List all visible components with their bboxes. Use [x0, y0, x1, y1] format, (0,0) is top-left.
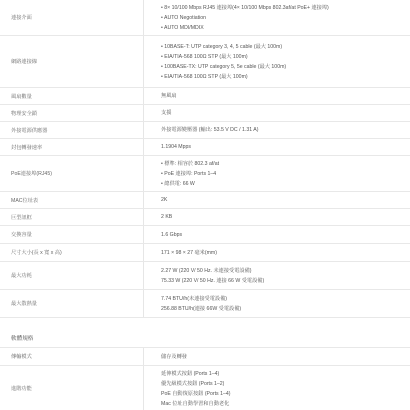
spec-label: 最大功耗 [0, 262, 144, 289]
spec-value: 1.6 Gbps [144, 226, 410, 243]
spec-value: 1.1904 Mpps [144, 139, 410, 155]
spec-value-line: 8× 10/100 Mbps RJ45 連接埠(4× 10/100 Mbps 8… [161, 3, 410, 13]
spec-value-line: AUTO MDI/MDIX [161, 23, 410, 33]
spec-label: 傳輸模式 [0, 348, 144, 365]
spec-value-line: 75.33 W (220 V/ 50 Hz. 連接 66 W 受電設備) [161, 276, 410, 286]
spec-label: MAC位址表 [0, 192, 144, 208]
spec-row: 最大功耗2.27 W (220 V/ 50 Hz. 未連接受電設備)75.33 … [0, 262, 410, 290]
spec-value: 延伸模式按鈕 (Ports 1–4)優先級模式按鈕 (Ports 1–2)PoE… [144, 366, 410, 410]
spec-label: 風扇數量 [0, 88, 144, 104]
spec-value-line: 外接電源變壓器 (輸出: 53.5 V DC / 1.31 A) [161, 125, 410, 135]
section-title-software: 軟體規格 [11, 334, 33, 342]
spec-label: 交換容量 [0, 226, 144, 243]
spec-row: MAC位址表2K [0, 192, 410, 209]
spec-row: 巨型訊框2 KB [0, 209, 410, 226]
spec-value-line: 儲存及轉發 [161, 352, 410, 362]
spec-label: 網路連接線 [0, 36, 144, 87]
spec-value: 8× 10/100 Mbps RJ45 連接埠(4× 10/100 Mbps 8… [144, 0, 410, 35]
spec-row: 網路連接線10BASE-T: UTP category 3, 4, 5 cabl… [0, 36, 410, 88]
spec-value-line: 延伸模式按鈕 (Ports 1–4) [161, 369, 410, 379]
spec-value-line: 2.27 W (220 V/ 50 Hz. 未連接受電設備) [161, 266, 410, 276]
spec-value: 2 KB [144, 209, 410, 225]
spec-value-line: 171 × 98 × 27 毫米(mm) [161, 248, 410, 258]
spec-row: 風扇數量無風扇 [0, 88, 410, 105]
spec-label: 連接介面 [0, 0, 144, 35]
spec-row: 尺寸大小(長 x 寬 x 高)171 × 98 × 27 毫米(mm) [0, 244, 410, 262]
spec-value-line: 優先級模式按鈕 (Ports 1–2) [161, 379, 410, 389]
spec-row: 交換容量1.6 Gbps [0, 226, 410, 244]
spec-row: 最大散熱量7.74 BTU/h(未連接受電設備)256.88 BTU/h(連接 … [0, 290, 410, 318]
spec-value-line: 2K [161, 195, 410, 205]
spec-value-line: 10BASE-T: UTP category 3, 4, 5 cable (最大… [161, 42, 410, 52]
spec-value-line: EIA/TIA-568 100Ω STP (最大 100m) [161, 52, 410, 62]
spec-row: 連接介面8× 10/100 Mbps RJ45 連接埠(4× 10/100 Mb… [0, 0, 410, 36]
spec-value: 儲存及轉發 [144, 348, 410, 365]
spec-value: 7.74 BTU/h(未連接受電設備)256.88 BTU/h(連接 66W 受… [144, 290, 410, 317]
spec-value-line: 1.1904 Mpps [161, 142, 410, 152]
spec-label: 物理安全鎖 [0, 105, 144, 121]
spec-value: 171 × 98 × 27 毫米(mm) [144, 244, 410, 261]
spec-row: 封包轉發速率1.1904 Mpps [0, 139, 410, 156]
software-spec-table: 傳輸模式儲存及轉發進階功能延伸模式按鈕 (Ports 1–4)優先級模式按鈕 (… [0, 348, 410, 410]
spec-value: 支援 [144, 105, 410, 121]
spec-value-line: 標準: 相容於 802.3 af/at [161, 159, 410, 169]
spec-value-line: 1.6 Gbps [161, 230, 410, 240]
spec-value-line: PoE 自動復原按鈕 (Ports 1–4) [161, 389, 410, 399]
spec-row: 進階功能延伸模式按鈕 (Ports 1–4)優先級模式按鈕 (Ports 1–2… [0, 366, 410, 410]
spec-row: 物理安全鎖支援 [0, 105, 410, 122]
spec-row: 傳輸模式儲存及轉發 [0, 348, 410, 366]
spec-label: 外接電源供應器 [0, 122, 144, 138]
spec-label: 進階功能 [0, 366, 144, 410]
spec-label: 封包轉發速率 [0, 139, 144, 155]
spec-value-line: 總供電: 66 W [161, 179, 410, 189]
spec-value-line: PoE 連接埠: Ports 1–4 [161, 169, 410, 179]
spec-row: 外接電源供應器外接電源變壓器 (輸出: 53.5 V DC / 1.31 A) [0, 122, 410, 139]
spec-value: 10BASE-T: UTP category 3, 4, 5 cable (最大… [144, 36, 410, 87]
spec-label: 最大散熱量 [0, 290, 144, 317]
spec-row: PoE連接埠(RJ45)標準: 相容於 802.3 af/atPoE 連接埠: … [0, 156, 410, 192]
spec-value-line: 256.88 BTU/h(連接 66W 受電設備) [161, 304, 410, 314]
spec-label: PoE連接埠(RJ45) [0, 156, 144, 191]
spec-label: 巨型訊框 [0, 209, 144, 225]
spec-value-line: AUTO Negotiation [161, 13, 410, 23]
spec-value-line: 2 KB [161, 212, 410, 222]
spec-value-line: EIA/TIA-568 100Ω STP (最大 100m) [161, 72, 410, 82]
spec-value-line: Mac 位址自動學習和自動老化 [161, 399, 410, 409]
spec-value: 無風扇 [144, 88, 410, 104]
spec-value-line: 7.74 BTU/h(未連接受電設備) [161, 294, 410, 304]
spec-value: 2.27 W (220 V/ 50 Hz. 未連接受電設備)75.33 W (2… [144, 262, 410, 289]
spec-value: 外接電源變壓器 (輸出: 53.5 V DC / 1.31 A) [144, 122, 410, 138]
hardware-spec-table: 連接介面8× 10/100 Mbps RJ45 連接埠(4× 10/100 Mb… [0, 0, 410, 318]
spec-value-line: 支援 [161, 108, 410, 118]
spec-value: 標準: 相容於 802.3 af/atPoE 連接埠: Ports 1–4總供電… [144, 156, 410, 191]
spec-label: 尺寸大小(長 x 寬 x 高) [0, 244, 144, 261]
spec-value-line: 無風扇 [161, 91, 410, 101]
spec-value-line: 100BASE-TX: UTP category 5, 5e cable (最大… [161, 62, 410, 72]
spec-value: 2K [144, 192, 410, 208]
